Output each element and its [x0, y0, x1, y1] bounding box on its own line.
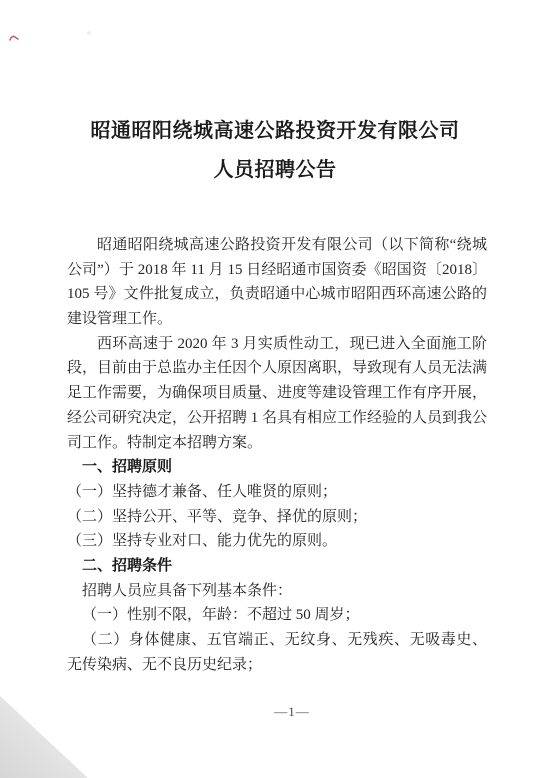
- doc-line: 公司”）于 2018 年 11 月 15 日经昭通市国资委《昭国资〔2018〕: [67, 258, 487, 283]
- document-page: 昭通昭阳绕城高速公路投资开发有限公司 人员招聘公告 昭通昭阳绕城高速公路投资开发…: [0, 0, 550, 778]
- doc-line: 西环高速于 2020 年 3 月实质性动工，现已进入全面施工阶: [67, 332, 487, 357]
- doc-line: 昭通昭阳绕城高速公路投资开发有限公司（以下简称“绕城: [67, 233, 487, 258]
- doc-line: 足工作需要，为确保项目质量、进度等建设管理工作有序开展，: [67, 381, 487, 406]
- scan-speck: [87, 31, 91, 35]
- doc-line: （一）坚持德才兼备、任人唯贤的原则；: [67, 480, 487, 505]
- red-pen-mark: [8, 33, 20, 45]
- doc-line: （二）坚持公开、平等、竞争、择优的原则；: [67, 505, 487, 530]
- doc-line: 司工作。特制定本招聘方案。: [67, 431, 487, 456]
- doc-line: 二、招聘条件: [67, 554, 487, 579]
- doc-line: 建设管理工作。: [67, 307, 487, 332]
- doc-line: 一、招聘原则: [67, 455, 487, 480]
- document-body: 昭通昭阳绕城高速公路投资开发有限公司（以下简称“绕城公司”）于 2018 年 1…: [67, 233, 487, 677]
- doc-line: （一）性别不限，年龄：不超过 50 周岁；: [67, 603, 487, 628]
- document-title: 昭通昭阳绕城高速公路投资开发有限公司 人员招聘公告: [0, 112, 550, 190]
- doc-line: （三）坚持专业对口、能力优先的原则。: [67, 529, 487, 554]
- doc-line: （二）身体健康、五官端正、无纹身、无残疾、无吸毒史、: [67, 628, 487, 653]
- page-corner-fold: [0, 696, 88, 778]
- doc-line: 段，目前由于总监办主任因个人原因离职，导致现有人员无法满: [67, 356, 487, 381]
- title-line-1: 昭通昭阳绕城高速公路投资开发有限公司: [0, 112, 550, 151]
- doc-line: 105 号》文件批复成立，负责昭通中心城市昭阳西环高速公路的: [67, 282, 487, 307]
- title-line-2: 人员招聘公告: [0, 151, 550, 190]
- doc-line: 无传染病、无不良历史纪录；: [67, 653, 487, 678]
- doc-line: 招聘人员应具备下列基本条件：: [67, 579, 487, 604]
- doc-line: 经公司研究决定，公开招聘 1 名具有相应工作经验的人员到我公: [67, 406, 487, 431]
- page-number: —1—: [274, 704, 310, 720]
